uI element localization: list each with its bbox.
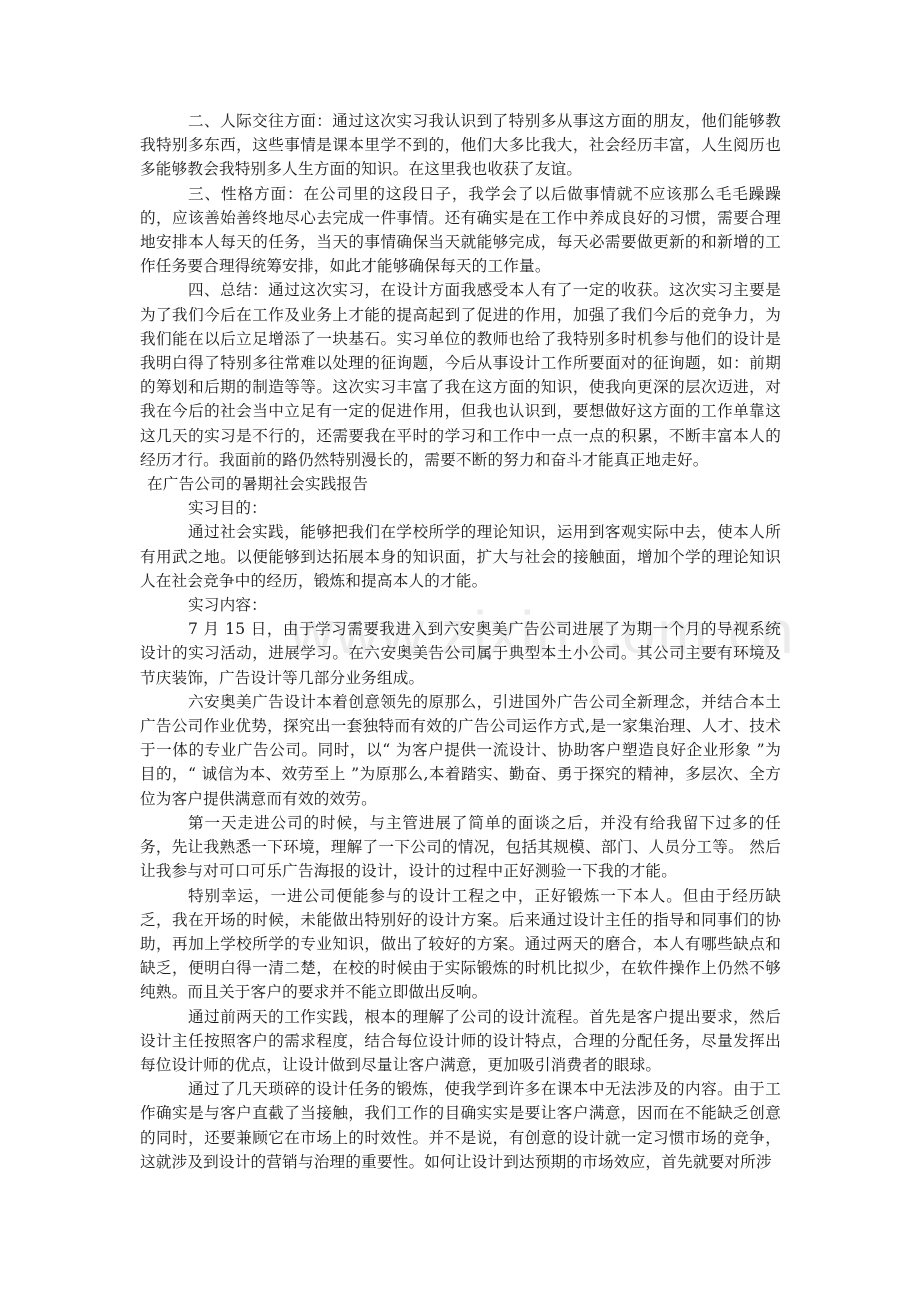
paragraph-interpersonal: 二、人际交往方面：通过这次实习我认识到了特别多从事这方面的朋友，他们能够教我特别… [140, 109, 781, 182]
document-page: 二、人际交往方面：通过这次实习我认识到了特别多从事这方面的朋友，他们能够教我特别… [140, 109, 781, 1174]
section-heading-content: 实习内容： [140, 593, 781, 617]
paragraph-july-15: 7 月 15 日，由于学习需要我进入到六安奥美广告公司进展了为期一个月的导视系统… [140, 617, 781, 690]
section-heading-purpose: 实习目的： [140, 496, 781, 520]
paragraph-design-flow: 通过前两天的工作实践，根本的理解了公司的设计流程。首先是客户提出要求，然后设计主… [140, 1005, 781, 1078]
report-title: 在广告公司的暑期社会实践报告 [140, 472, 781, 496]
paragraph-design-tasks: 通过了几天琐碎的设计任务的锻炼，使我学到许多在课本中无法涉及的内容。由于工作确实… [140, 1077, 781, 1174]
paragraph-first-day: 第一天走进公司的时候，与主管进展了简单的面谈之后，并没有给我留下过多的任务，先让… [140, 811, 781, 884]
paragraph-lucky: 特别幸运，一进公司便能参与的设计工程之中，正好锻炼一下本人。但由于经历缺乏，我在… [140, 884, 781, 1005]
paragraph-purpose: 通过社会实践，能够把我们在学校所学的理论知识，运用到客观实际中去，使本人所有用武… [140, 520, 781, 593]
paragraph-company-intro: 六安奥美广告设计本着创意领先的原那么，引进国外广告公司全新理念，并结合本土广告公… [140, 690, 781, 811]
paragraph-summary: 四、总结：通过这次实习，在设计方面我感受本人有了一定的收获。这次实习主要是为了我… [140, 278, 781, 472]
paragraph-personality: 三、性格方面：在公司里的这段日子，我学会了以后做事情就不应该那么毛毛躁躁的，应该… [140, 182, 781, 279]
